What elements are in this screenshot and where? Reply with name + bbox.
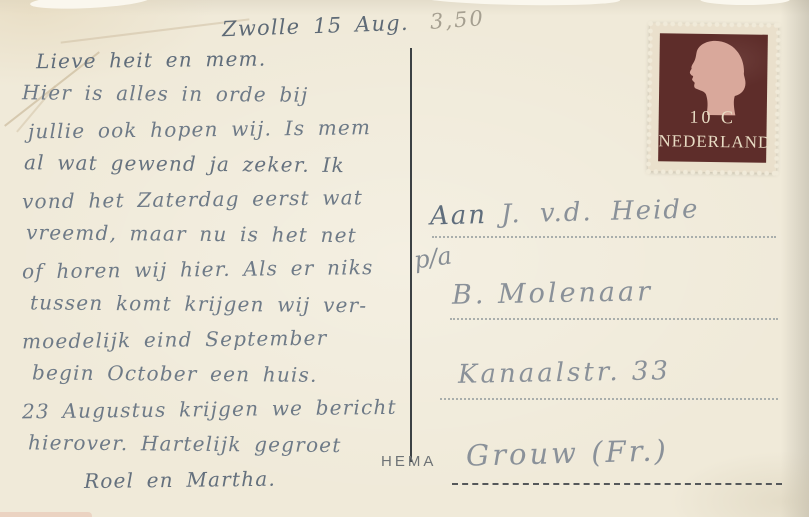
stamp-country: NEDERLAND <box>658 131 766 153</box>
address-rule <box>452 483 782 485</box>
handwritten-message: Lieve heit en mem. Hier is alles in orde… <box>22 42 414 497</box>
dateline: Zwolle 15 Aug. <box>222 11 409 42</box>
message-line: vreemd, maar nu is het net <box>26 215 414 253</box>
address-divider-line <box>410 48 412 462</box>
torn-edge-chip <box>700 0 790 5</box>
message-line: tussen komt krijgen wij ver- <box>30 285 414 323</box>
message-line: begin October een huis. <box>32 355 414 393</box>
message-line: vond het Zaterdag eerst wat <box>22 180 414 220</box>
stamp-perforation <box>647 20 781 29</box>
message-line: hierover. Hartelijk gegroet <box>28 425 414 463</box>
stamp-value: 10 C <box>659 106 767 129</box>
message-line: jullie ook hopen wij. Is mem <box>28 110 414 150</box>
address-rule <box>432 236 776 238</box>
stamp-perforation <box>645 168 779 177</box>
address-recipient-line: AanJ. v.d. Heide <box>430 194 700 231</box>
message-line: Roel en Martha. <box>84 460 414 499</box>
message-line: moedelijk eind September <box>22 320 414 360</box>
message-line: Lieve heit en mem. <box>36 40 414 80</box>
postage-stamp: 10 C NEDERLAND <box>648 23 778 173</box>
stamp-panel: 10 C NEDERLAND <box>658 33 768 162</box>
message-line: Hier is alles in orde bij <box>22 75 414 113</box>
address-rule <box>450 318 778 320</box>
address-care-of: p/a <box>412 242 453 275</box>
address-recipient: J. v.d. Heide <box>501 194 700 229</box>
publisher-imprint: HEMA <box>381 453 436 470</box>
message-line: of horen wij hier. Als er niks <box>22 250 414 290</box>
stamp-perforation <box>772 22 781 176</box>
address-town: Grouw (Fr.) <box>466 433 670 472</box>
address-name: B. Molenaar <box>452 276 654 311</box>
message-line: 23 Augustus krijgen we bericht <box>22 390 414 430</box>
stamp-perforation <box>644 20 653 174</box>
torn-edge-chip <box>30 0 151 11</box>
message-line: al wat gewend ja zeker. Ik <box>24 145 414 183</box>
address-to-prefix: Aan <box>430 200 488 231</box>
address-rule <box>440 398 778 400</box>
address-street: Kanaalstr. 33 <box>458 356 671 390</box>
corner-scuff <box>0 512 92 517</box>
torn-edge-chip <box>420 0 620 7</box>
pencil-price-note: 3,50 <box>429 6 485 34</box>
postcard-back: 3,50 Zwolle 15 Aug. Lieve heit en mem. H… <box>0 0 809 517</box>
